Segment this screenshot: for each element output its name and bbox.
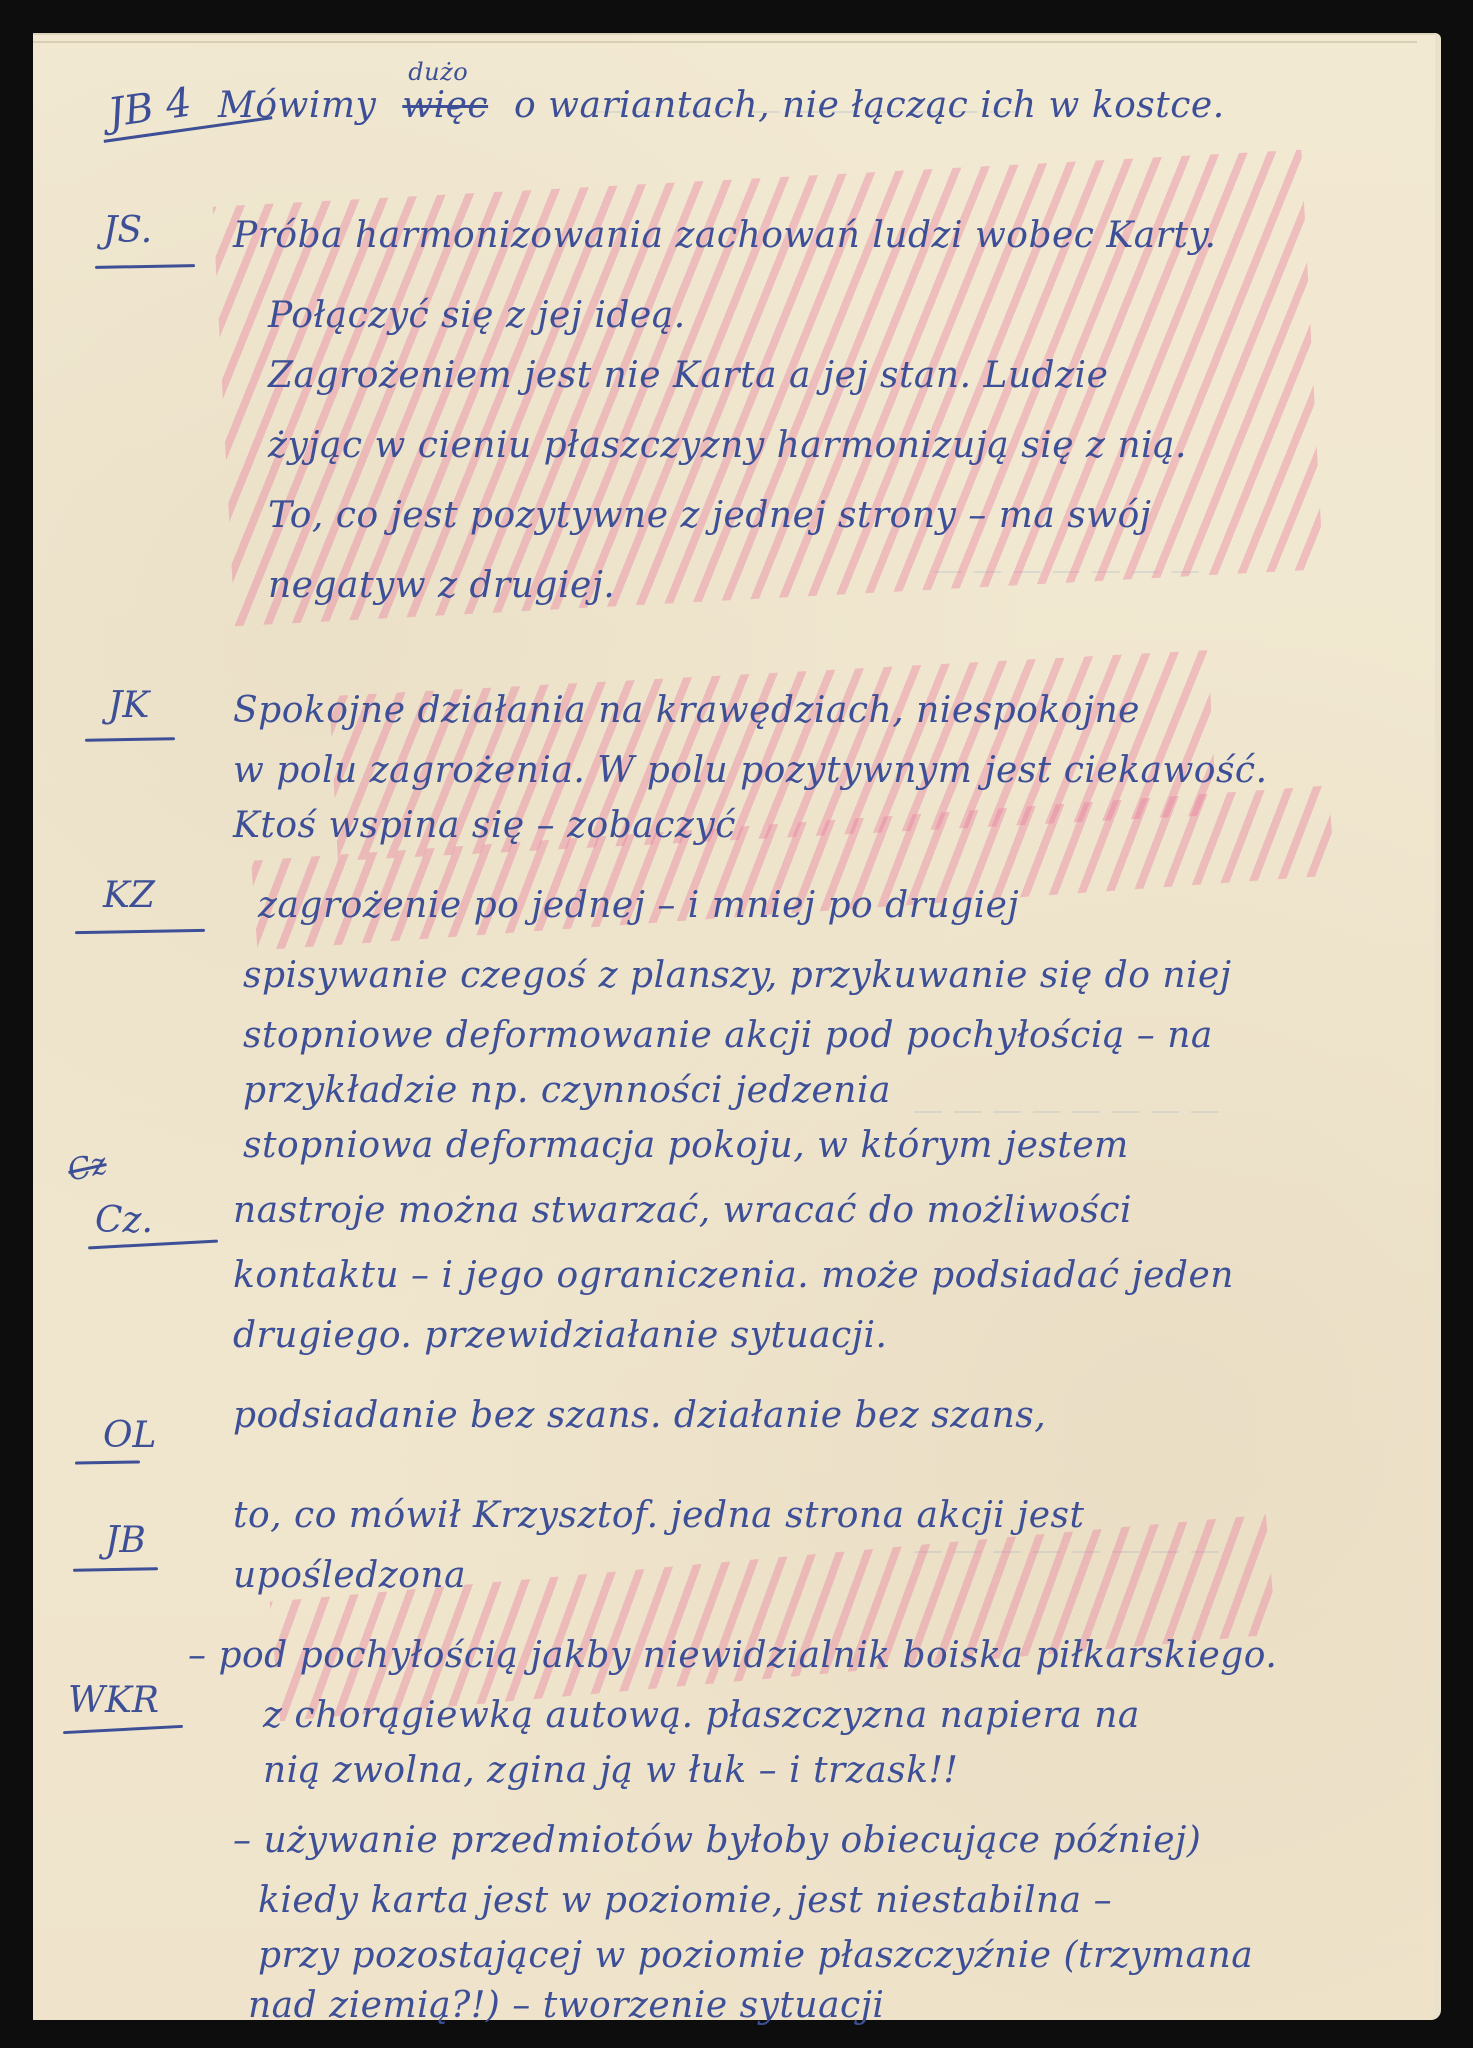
entry-line: Zagrożeniem jest nie Karta a jej stan. L… [268,358,1108,394]
label-underline [95,264,195,269]
entry-line: drugiego. przewidziałanie sytuacji. [233,1318,887,1354]
label-underline [88,1240,218,1250]
bleed-through-text: — — — — — — — — [913,1093,1220,1128]
entry-label-cz: Cz. [95,1203,153,1239]
entry-label-jb: JB [105,1523,146,1559]
entry-line: przykładzie np. czynności jedzenia [243,1073,891,1109]
entry-line: nastroje można stwarzać, wracać do możli… [233,1193,1132,1229]
entry-line: Ktoś wspina się – zobaczyć [233,808,736,844]
entry-line: zagrożenie po jednej – i mniej po drugie… [258,888,1019,924]
entry-line: Próba harmonizowania zachowań ludzi wobe… [233,218,1216,254]
label-underline [75,929,205,934]
paper-sheet: — — — — — — — — — — — — — — — — — — — — … [33,33,1441,2020]
entry-line: żyjąc w cieniu płaszczyzny harmonizują s… [268,428,1187,464]
bleed-through-text: — — — — — — — — [913,1533,1220,1568]
header-line: Mówimy dużo więc o wariantach, nie łączą… [218,88,1225,124]
entry-label-kz: KZ [103,878,155,914]
entry-line: podsiadanie bez szans. działanie bez sza… [233,1398,1046,1434]
inserted-word: dużo [408,60,468,84]
entry-line: To, co jest pozytywne z jednej strony – … [268,498,1151,534]
entry-line: stopniowe deformowanie akcji pod pochyło… [243,1018,1213,1054]
entry-line: nad ziemią?!) – tworzenie sytuacji [248,1988,884,2024]
bleed-through-text: — — — — — — — [933,553,1200,588]
label-underline [75,1460,140,1464]
entry-line: w polu zagrożenia. W polu pozytywnym jes… [233,753,1268,789]
entry-line: Połączyć się z jej ideą. [268,298,686,334]
struck-label: Cz [65,1149,109,1186]
header-text-part1: Mówimy [218,85,376,126]
entry-label-ol: OL [103,1418,156,1454]
entry-label-wkr: WKR [68,1683,159,1719]
entry-line: spisywanie czegoś z planszy, przykuwanie… [243,958,1232,994]
entry-line: – pod pochyłością jakby niewidzialnik bo… [188,1638,1277,1674]
entry-line: – używanie przedmiotów byłoby obiecujące… [233,1823,1201,1859]
entry-label-js: JS. [103,213,152,249]
label-underline [73,1567,158,1571]
label-underline [63,1725,183,1734]
header-text-part2: o wariantach, nie łącząc ich w kostce. [514,85,1225,126]
entry-line: z chorągiewką autową. płaszczyzna napier… [263,1698,1140,1734]
label-underline [85,737,175,742]
entry-line: nią zwolna, zgina ją w łuk – i trzask!! [263,1753,958,1789]
entry-line: kontaktu – i jego ograniczenia. może pod… [233,1258,1234,1294]
entry-line: upośledzona [233,1558,466,1594]
entry-label-jk: JK [108,688,149,724]
entry-line: negatyw z drugiej. [268,568,615,604]
paper-fold-line [33,41,1417,43]
entry-line: to, co mówił Krzysztof. jedna strona akc… [233,1498,1084,1534]
entry-line: stopniowa deformacja pokoju, w którym je… [243,1128,1129,1164]
entry-line: przy pozostającej w poziomie płaszczyźni… [258,1938,1253,1974]
entry-line: kiedy karta jest w poziomie, jest niesta… [258,1883,1112,1919]
header-scribble-mark: JB 4 [106,82,194,133]
header-correction: dużo więc [402,88,488,124]
entry-line: Spokojne działania na krawędziach, niesp… [233,693,1140,729]
struck-word: więc [402,85,488,126]
